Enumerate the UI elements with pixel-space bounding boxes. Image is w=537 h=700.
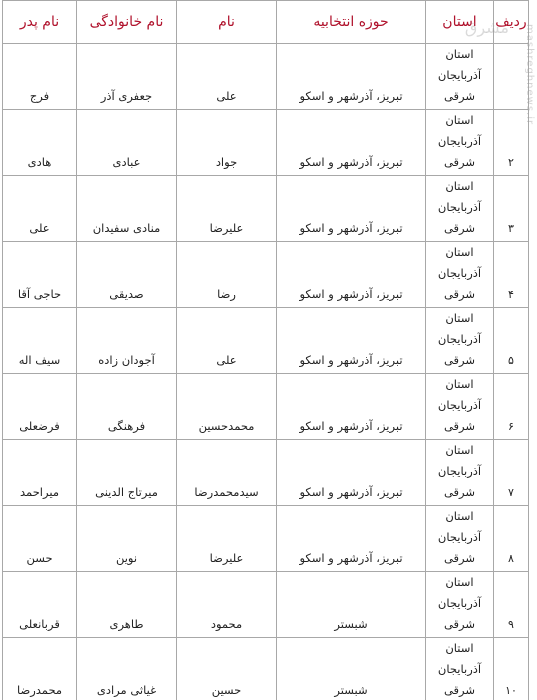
cell-province: استان آذربایجان شرقی bbox=[426, 308, 494, 374]
candidates-table-container: ردیف استان حوزه انتخابیه نام نام خانوادگ… bbox=[2, 0, 529, 700]
table-row: ۴ استان آذربایجان شرقی تبریز، آذرشهر و ا… bbox=[3, 242, 529, 308]
cell-district: تبریز، آذرشهر و اسکو bbox=[277, 506, 426, 572]
cell-father-name: حاجی آقا bbox=[3, 242, 77, 308]
cell-province: استان آذربایجان شرقی bbox=[426, 44, 494, 110]
table-row: ۷ استان آذربایجان شرقی تبریز، آذرشهر و ا… bbox=[3, 440, 529, 506]
table-row: استان آذربایجان شرقی تبریز، آذرشهر و اسک… bbox=[3, 44, 529, 110]
watermark-text: mashreghnews.ir bbox=[524, 24, 535, 125]
cell-last-name: طاهری bbox=[77, 572, 177, 638]
cell-last-name: فرهنگی bbox=[77, 374, 177, 440]
cell-row-number: ۶ bbox=[494, 374, 529, 440]
cell-father-name: محمدرضا bbox=[3, 638, 77, 700]
cell-district: تبریز، آذرشهر و اسکو bbox=[277, 110, 426, 176]
cell-row-number: ۵ bbox=[494, 308, 529, 374]
cell-father-name: علی bbox=[3, 176, 77, 242]
cell-first-name: محمود bbox=[177, 572, 277, 638]
cell-province: استان آذربایجان شرقی bbox=[426, 440, 494, 506]
table-row: ۱۰ استان آذربایجان شرقی شبستر حسین غیاثی… bbox=[3, 638, 529, 700]
cell-district: تبریز، آذرشهر و اسکو bbox=[277, 44, 426, 110]
cell-father-name: قربانعلی bbox=[3, 572, 77, 638]
watermark-logo: مشرق bbox=[465, 18, 509, 37]
table-row: ۹ استان آذربایجان شرقی شبستر محمود طاهری… bbox=[3, 572, 529, 638]
header-row: ردیف استان حوزه انتخابیه نام نام خانوادگ… bbox=[3, 1, 529, 44]
cell-district: تبریز، آذرشهر و اسکو bbox=[277, 374, 426, 440]
header-first-name: نام bbox=[177, 1, 277, 44]
cell-father-name: فرج bbox=[3, 44, 77, 110]
cell-province: استان آذربایجان شرقی bbox=[426, 242, 494, 308]
cell-last-name: نوین bbox=[77, 506, 177, 572]
cell-row-number: ۷ bbox=[494, 440, 529, 506]
table-row: ۸ استان آذربایجان شرقی تبریز، آذرشهر و ا… bbox=[3, 506, 529, 572]
table-row: ۶ استان آذربایجان شرقی تبریز، آذرشهر و ا… bbox=[3, 374, 529, 440]
cell-province: استان آذربایجان شرقی bbox=[426, 176, 494, 242]
cell-district: تبریز، آذرشهر و اسکو bbox=[277, 308, 426, 374]
candidates-table: ردیف استان حوزه انتخابیه نام نام خانوادگ… bbox=[2, 0, 529, 700]
table-row: ۵ استان آذربایجان شرقی تبریز، آذرشهر و ا… bbox=[3, 308, 529, 374]
cell-first-name: علیرضا bbox=[177, 176, 277, 242]
cell-first-name: علی bbox=[177, 44, 277, 110]
cell-row-number: ۴ bbox=[494, 242, 529, 308]
cell-row-number: ۱۰ bbox=[494, 638, 529, 700]
cell-province: استان آذربایجان شرقی bbox=[426, 572, 494, 638]
cell-province: استان آذربایجان شرقی bbox=[426, 110, 494, 176]
table-row: ۲ استان آذربایجان شرقی تبریز، آذرشهر و ا… bbox=[3, 110, 529, 176]
header-district: حوزه انتخابیه bbox=[277, 1, 426, 44]
table-row: ۳ استان آذربایجان شرقی تبریز، آذرشهر و ا… bbox=[3, 176, 529, 242]
cell-province: استان آذربایجان شرقی bbox=[426, 506, 494, 572]
cell-first-name: محمدحسین bbox=[177, 374, 277, 440]
cell-row-number: ۹ bbox=[494, 572, 529, 638]
cell-last-name: آجودان زاده bbox=[77, 308, 177, 374]
cell-district: شبستر bbox=[277, 638, 426, 700]
cell-province: استان آذربایجان شرقی bbox=[426, 374, 494, 440]
cell-row-number: ۳ bbox=[494, 176, 529, 242]
cell-last-name: میرتاج الدینی bbox=[77, 440, 177, 506]
cell-district: تبریز، آذرشهر و اسکو bbox=[277, 440, 426, 506]
cell-last-name: منادی سفیدان bbox=[77, 176, 177, 242]
cell-first-name: حسین bbox=[177, 638, 277, 700]
header-last-name: نام خانوادگی bbox=[77, 1, 177, 44]
cell-first-name: سیدمحمدرضا bbox=[177, 440, 277, 506]
cell-first-name: جواد bbox=[177, 110, 277, 176]
cell-father-name: هادی bbox=[3, 110, 77, 176]
cell-district: تبریز، آذرشهر و اسکو bbox=[277, 242, 426, 308]
cell-father-name: میراحمد bbox=[3, 440, 77, 506]
cell-province: استان آذربایجان شرقی bbox=[426, 638, 494, 700]
cell-father-name: حسن bbox=[3, 506, 77, 572]
cell-last-name: جعفری آذر bbox=[77, 44, 177, 110]
cell-last-name: صدیقی bbox=[77, 242, 177, 308]
header-father-name: نام پدر bbox=[3, 1, 77, 44]
cell-first-name: علیرضا bbox=[177, 506, 277, 572]
cell-district: شبستر bbox=[277, 572, 426, 638]
cell-first-name: علی bbox=[177, 308, 277, 374]
cell-row-number: ۸ bbox=[494, 506, 529, 572]
cell-father-name: فرضعلی bbox=[3, 374, 77, 440]
cell-last-name: غیاثی مرادی bbox=[77, 638, 177, 700]
cell-district: تبریز، آذرشهر و اسکو bbox=[277, 176, 426, 242]
cell-last-name: عبادی bbox=[77, 110, 177, 176]
cell-first-name: رضا bbox=[177, 242, 277, 308]
cell-father-name: سیف اله bbox=[3, 308, 77, 374]
